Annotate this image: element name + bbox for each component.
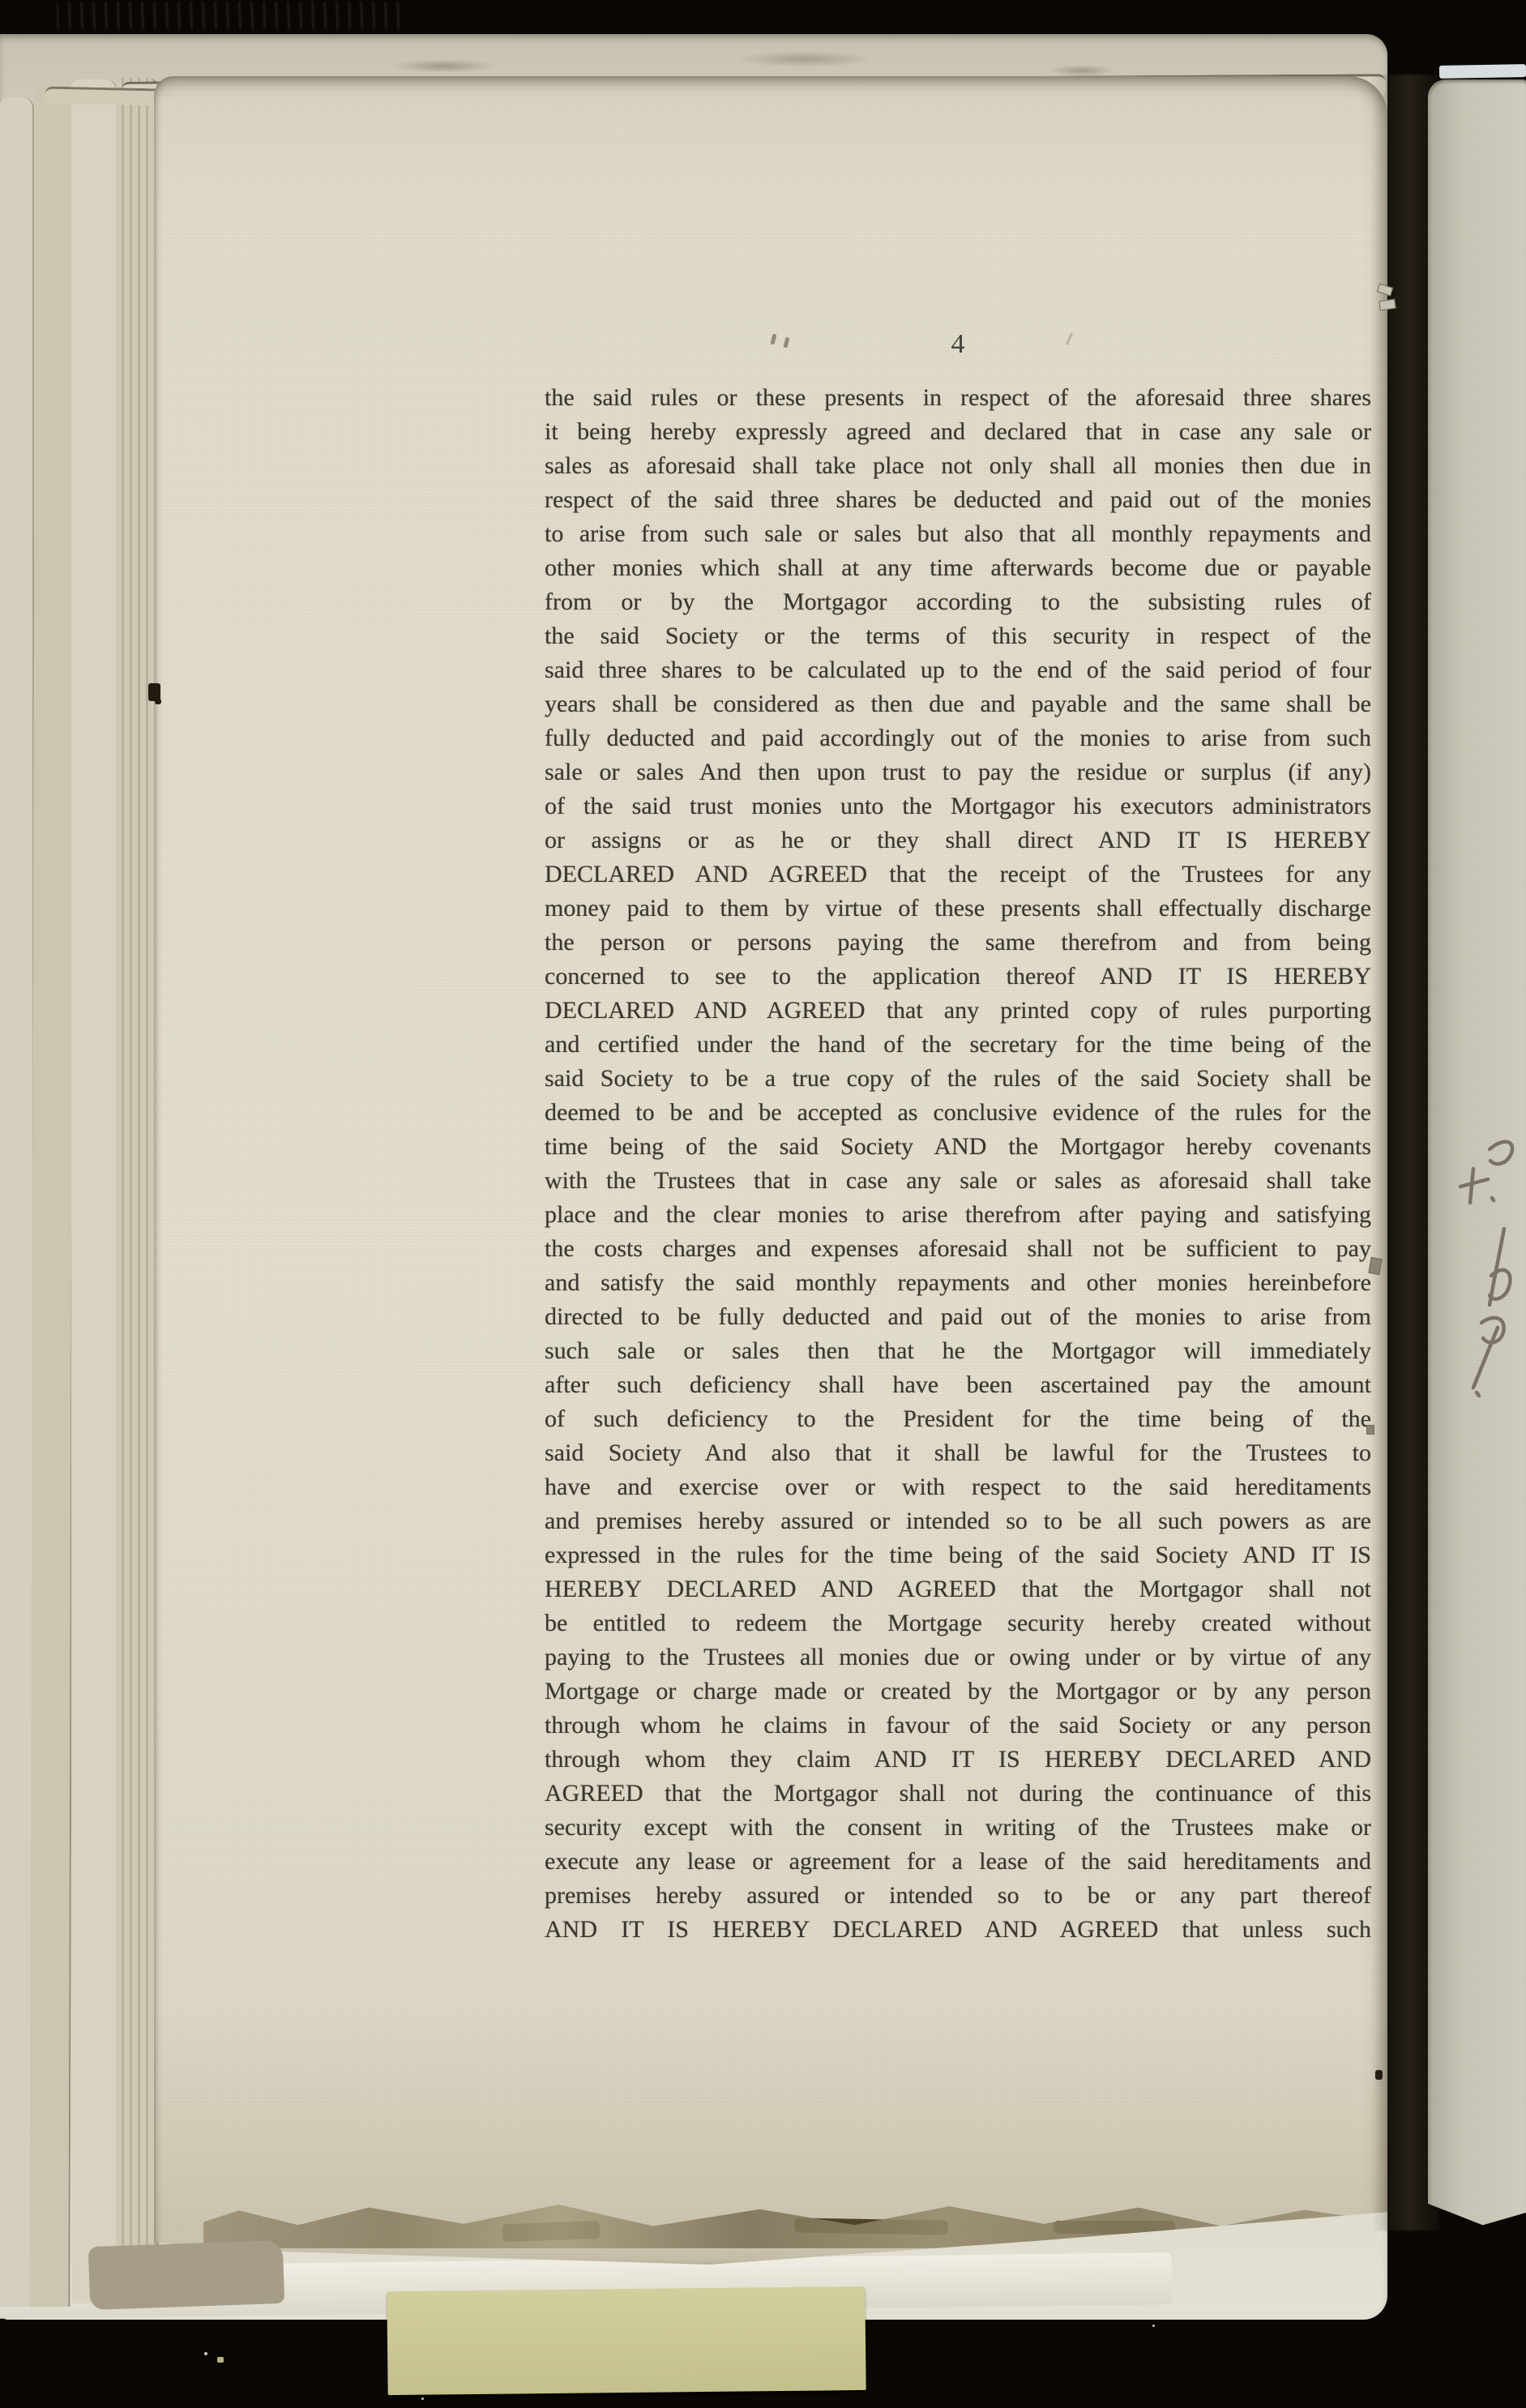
scanned-book-photo: 4 the said rules or these presents in re…	[0, 0, 1526, 2408]
text-line: such sale or sales then that he the Mort…	[545, 1334, 1371, 1368]
dust-speck	[204, 2352, 207, 2355]
text-line: directed to be fully deducted and paid o…	[545, 1300, 1371, 1334]
text-line: sale or sales And then upon trust to pay…	[545, 755, 1371, 789]
text-line: have and exercise over or with respect t…	[545, 1470, 1371, 1504]
text-line: paying to the Trustees all monies due or…	[545, 1640, 1371, 1674]
text-line: said three shares to be calculated up to…	[545, 653, 1371, 687]
text-line: of such deficiency to the President for …	[545, 1402, 1371, 1436]
handwriting-scribble-icon	[1425, 1133, 1526, 1401]
binding-blot	[1375, 2070, 1383, 2080]
text-line: the said rules or these presents in resp…	[545, 381, 1371, 415]
text-line: after such deficiency shall have been as…	[545, 1368, 1371, 1402]
text-line: and premises hereby assured or intended …	[545, 1504, 1371, 1538]
text-line: with the Trustees that in case any sale …	[545, 1164, 1371, 1198]
text-line: through whom he claims in favour of the …	[545, 1709, 1371, 1743]
text-line: AGREED that the Mortgagor shall not duri…	[545, 1777, 1371, 1811]
dust-speck	[217, 2357, 224, 2363]
text-line: through whom they claim AND IT IS HEREBY…	[545, 1743, 1371, 1777]
text-line: be entitled to redeem the Mortgage secur…	[545, 1606, 1371, 1640]
text-line: years shall be considered as then due an…	[545, 687, 1371, 721]
text-line: expressed in the rules for the time bein…	[545, 1538, 1371, 1572]
text-line: time being of the said Society AND the M…	[545, 1130, 1371, 1164]
text-line: HEREBY DECLARED AND AGREED that the Mort…	[545, 1572, 1371, 1606]
page-number: 4	[545, 329, 1371, 360]
text-line: or assigns or as he or they shall direct…	[545, 823, 1371, 858]
text-line: premises hereby assured or intended so t…	[545, 1879, 1371, 1913]
worn-corner-fragment	[88, 2240, 285, 2310]
text-line: it being hereby expressly agreed and dec…	[545, 415, 1371, 449]
text-line: Mortgage or charge made or created by th…	[545, 1674, 1371, 1709]
paper-sliver	[1439, 64, 1526, 79]
text-line: AND IT IS HEREBY DECLARED AND AGREED tha…	[545, 1913, 1371, 1947]
text-line: security except with the consent in writ…	[545, 1811, 1371, 1845]
text-line: fully deducted and paid accordingly out …	[545, 721, 1371, 755]
staple-mark	[1366, 1425, 1374, 1435]
page-edge-strip	[29, 86, 75, 2307]
text-line: concerned to see to the application ther…	[545, 960, 1371, 994]
binding-blot	[155, 699, 161, 704]
text-line: other monies which shall at any time aft…	[545, 551, 1371, 585]
text-line: from or by the Mortgagor according to th…	[545, 585, 1371, 619]
dust-speck	[1152, 2325, 1155, 2327]
dust-speck	[421, 2397, 424, 2400]
document-page: 4 the said rules or these presents in re…	[154, 76, 1387, 2265]
text-line: and certified under the hand of the secr…	[545, 1028, 1371, 1062]
text-line: of the said trust monies unto the Mortga…	[545, 789, 1371, 823]
text-line: the costs charges and expenses aforesaid…	[545, 1232, 1371, 1266]
text-line: execute any lease or agreement for a lea…	[545, 1845, 1371, 1879]
page-edge-strip	[116, 78, 159, 2300]
text-line: deemed to be and be accepted as conclusi…	[545, 1096, 1371, 1130]
page-edge-strip	[0, 97, 34, 2307]
text-line: and satisfy the said monthly repayments …	[545, 1266, 1371, 1300]
text-line: to arise from such sale or sales but als…	[545, 517, 1371, 551]
text-line: respect of the said three shares be dedu…	[545, 483, 1371, 517]
sticky-note	[387, 2286, 866, 2395]
text-line: DECLARED AND AGREED that any printed cop…	[545, 994, 1371, 1028]
text-line: said Society And also that it shall be l…	[545, 1436, 1371, 1470]
text-line: sales as aforesaid shall take place not …	[545, 449, 1371, 483]
page-edge-strip	[71, 79, 118, 2303]
text-line: the said Society or the terms of this se…	[545, 619, 1371, 653]
text-line: place and the clear monies to arise ther…	[545, 1198, 1371, 1232]
text-line: DECLARED AND AGREED that the receipt of …	[545, 858, 1371, 892]
texture-streak	[57, 2, 405, 29]
text-line: said Society to be a true copy of the ru…	[545, 1062, 1371, 1096]
text-line: money paid to them by virtue of these pr…	[545, 892, 1371, 926]
text-line: the person or persons paying the same th…	[545, 926, 1371, 960]
body-text: the said rules or these presents in resp…	[545, 381, 1371, 1947]
